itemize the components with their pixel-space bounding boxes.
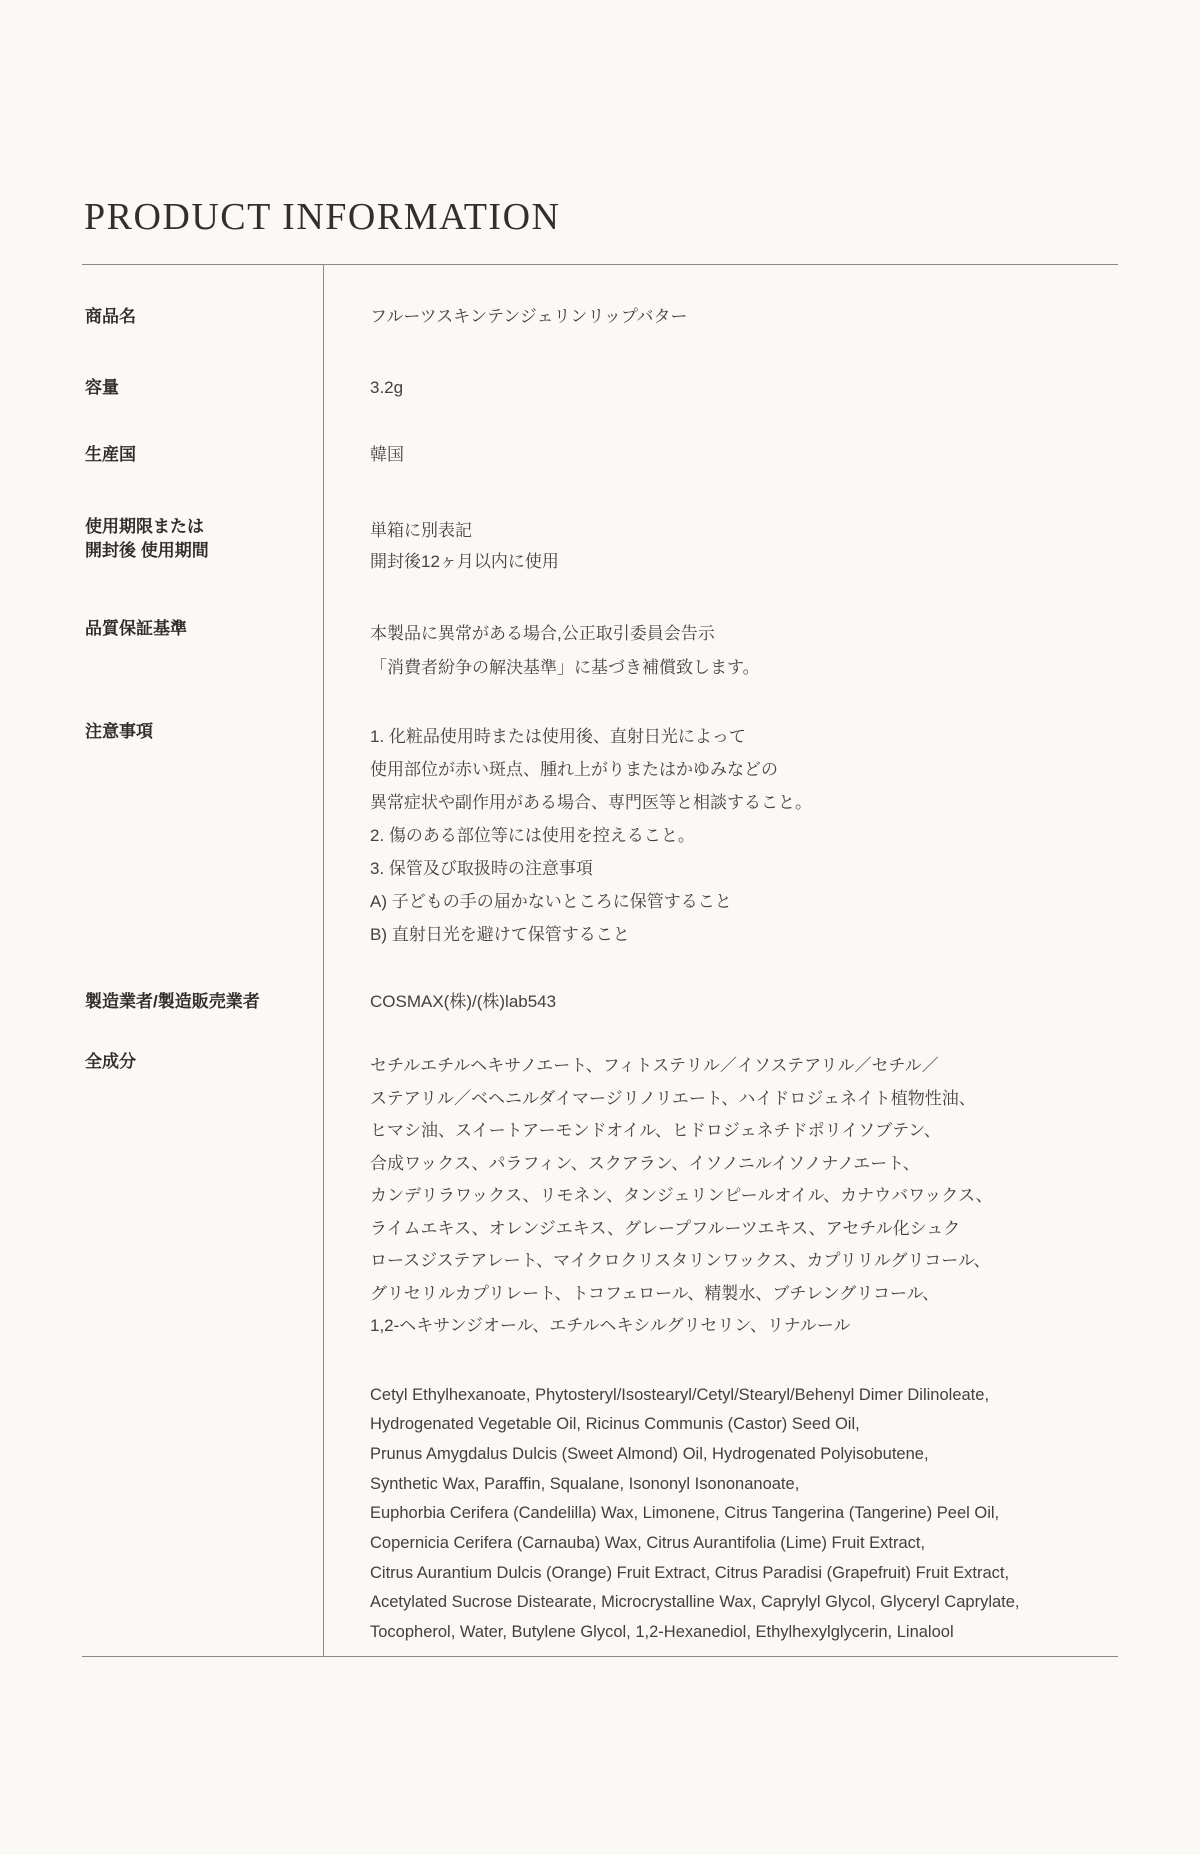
row-label: 容量 <box>82 376 323 400</box>
row-value: セチルエチルヘキサノエート、フィトステリル／イソステアリル／セチル／ステアリル／… <box>323 1050 1118 1648</box>
text-line: Tocopherol, Water, Butylene Glycol, 1,2-… <box>370 1618 1118 1648</box>
text-line: Cetyl Ethylhexanoate, Phytosteryl/Isoste… <box>370 1381 1118 1411</box>
text-line: Prunus Amygdalus Dulcis (Sweet Almond) O… <box>370 1440 1118 1470</box>
text-line: 3.2g <box>370 376 1118 400</box>
row-product-name: 商品名 フルーツスキンテンジェリンリップバター <box>82 305 1118 329</box>
row-label: 注意事項 <box>82 720 323 744</box>
text-line: 開封後12ヶ月以内に使用 <box>370 546 1118 577</box>
page-title: PRODUCT INFORMATION <box>84 198 560 236</box>
text-line: 開封後 使用期間 <box>85 539 323 563</box>
text-line: 3. 保管及び取扱時の注意事項 <box>370 852 1118 885</box>
text-line: ステアリル／ベヘニルダイマージリノリエート、ハイドロジェネイト植物性油、 <box>370 1083 1118 1116</box>
row-manufacturer: 製造業者/製造販売業者 COSMAX(株)/(株)lab543 <box>82 990 1118 1014</box>
row-value: 3.2g <box>323 376 1118 400</box>
text-line: 2. 傷のある部位等には使用を控えること。 <box>370 819 1118 852</box>
row-country: 生産国 韓国 <box>82 443 1118 467</box>
row-label: 全成分 <box>82 1050 323 1074</box>
text-line: フルーツスキンテンジェリンリップバター <box>370 305 1118 329</box>
text-line: 異常症状や副作用がある場合、専門医等と相談すること。 <box>370 786 1118 819</box>
text-line: Hydrogenated Vegetable Oil, Ricinus Comm… <box>370 1410 1118 1440</box>
text-line: ロースジステアレート、マイクロクリスタリンワックス、カプリリルグリコール、 <box>370 1245 1118 1278</box>
text-line: 「消費者紛争の解決基準」に基づき補償致します。 <box>370 651 1118 685</box>
text-line: COSMAX(株)/(株)lab543 <box>370 990 1118 1014</box>
text-line: ヒマシ油、スイートアーモンドオイル、ヒドロジェネチドポリイソブテン、 <box>370 1115 1118 1148</box>
row-value: COSMAX(株)/(株)lab543 <box>323 990 1118 1014</box>
text-line: Euphorbia Cerifera (Candelilla) Wax, Lim… <box>370 1499 1118 1529</box>
row-ingredients: 全成分 セチルエチルヘキサノエート、フィトステリル／イソステアリル／セチル／ステ… <box>82 1050 1118 1648</box>
text-line: 生産国 <box>85 443 323 467</box>
text-line: 合成ワックス、パラフィン、スクアラン、イソノニルイソノナノエート、 <box>370 1148 1118 1181</box>
text-line: グリセリルカプリレート、トコフェロール、精製水、ブチレングリコール、 <box>370 1278 1118 1311</box>
row-label: 製造業者/製造販売業者 <box>82 990 323 1014</box>
text-line: 韓国 <box>370 443 1118 467</box>
row-label: 生産国 <box>82 443 323 467</box>
row-value: 韓国 <box>323 443 1118 467</box>
product-info-table: 商品名 フルーツスキンテンジェリンリップバター 容量 3.2g 生産国 韓国 使… <box>82 264 1118 1657</box>
ingredients-english: Cetyl Ethylhexanoate, Phytosteryl/Isoste… <box>370 1381 1118 1648</box>
row-quality-standard: 品質保証基準 本製品に異常がある場合,公正取引委員会告示「消費者紛争の解決基準」… <box>82 617 1118 685</box>
row-expiry: 使用期限または開封後 使用期間 単箱に別表記開封後12ヶ月以内に使用 <box>82 515 1118 577</box>
text-line: A) 子どもの手の届かないところに保管すること <box>370 885 1118 918</box>
text-line: 本製品に異常がある場合,公正取引委員会告示 <box>370 617 1118 651</box>
row-value: 1. 化粧品使用時または使用後、直射日光によって使用部位が赤い斑点、腫れ上がりま… <box>323 720 1118 951</box>
text-line: Citrus Aurantium Dulcis (Orange) Fruit E… <box>370 1559 1118 1589</box>
page-root: PRODUCT INFORMATION 商品名 フルーツスキンテンジェリンリップ… <box>0 0 1200 1855</box>
text-line: Copernicia Cerifera (Carnauba) Wax, Citr… <box>370 1529 1118 1559</box>
text-line: 1,2-ヘキサンジオール、エチルヘキシルグリセリン、リナルール <box>370 1310 1118 1343</box>
text-line: 注意事項 <box>85 720 323 744</box>
text-line: 使用期限または <box>85 515 323 539</box>
row-volume: 容量 3.2g <box>82 376 1118 400</box>
text-line: 使用部位が赤い斑点、腫れ上がりまたはかゆみなどの <box>370 753 1118 786</box>
text-line: Acetylated Sucrose Distearate, Microcrys… <box>370 1588 1118 1618</box>
row-label: 商品名 <box>82 305 323 329</box>
text-line: ライムエキス、オレンジエキス、グレープフルーツエキス、アセチル化シュク <box>370 1213 1118 1246</box>
text-line: 商品名 <box>85 305 323 329</box>
row-value: 単箱に別表記開封後12ヶ月以内に使用 <box>323 515 1118 577</box>
row-label: 使用期限または開封後 使用期間 <box>82 515 323 563</box>
text-line: 1. 化粧品使用時または使用後、直射日光によって <box>370 720 1118 753</box>
table-column-divider <box>323 265 324 1656</box>
text-line: B) 直射日光を避けて保管すること <box>370 918 1118 951</box>
text-line: 製造業者/製造販売業者 <box>85 990 323 1014</box>
text-line: 全成分 <box>85 1050 323 1074</box>
text-line: セチルエチルヘキサノエート、フィトステリル／イソステアリル／セチル／ <box>370 1050 1118 1083</box>
ingredients-japanese: セチルエチルヘキサノエート、フィトステリル／イソステアリル／セチル／ステアリル／… <box>370 1050 1118 1343</box>
text-line: 容量 <box>85 376 323 400</box>
text-line: 品質保証基準 <box>85 617 323 641</box>
text-line: 単箱に別表記 <box>370 515 1118 546</box>
text-line: Synthetic Wax, Paraffin, Squalane, Isono… <box>370 1470 1118 1500</box>
row-value: 本製品に異常がある場合,公正取引委員会告示「消費者紛争の解決基準」に基づき補償致… <box>323 617 1118 685</box>
row-label: 品質保証基準 <box>82 617 323 641</box>
row-value: フルーツスキンテンジェリンリップバター <box>323 305 1118 329</box>
row-precautions: 注意事項 1. 化粧品使用時または使用後、直射日光によって使用部位が赤い斑点、腫… <box>82 720 1118 951</box>
text-line: カンデリラワックス、リモネン、タンジェリンピールオイル、カナウバワックス、 <box>370 1180 1118 1213</box>
